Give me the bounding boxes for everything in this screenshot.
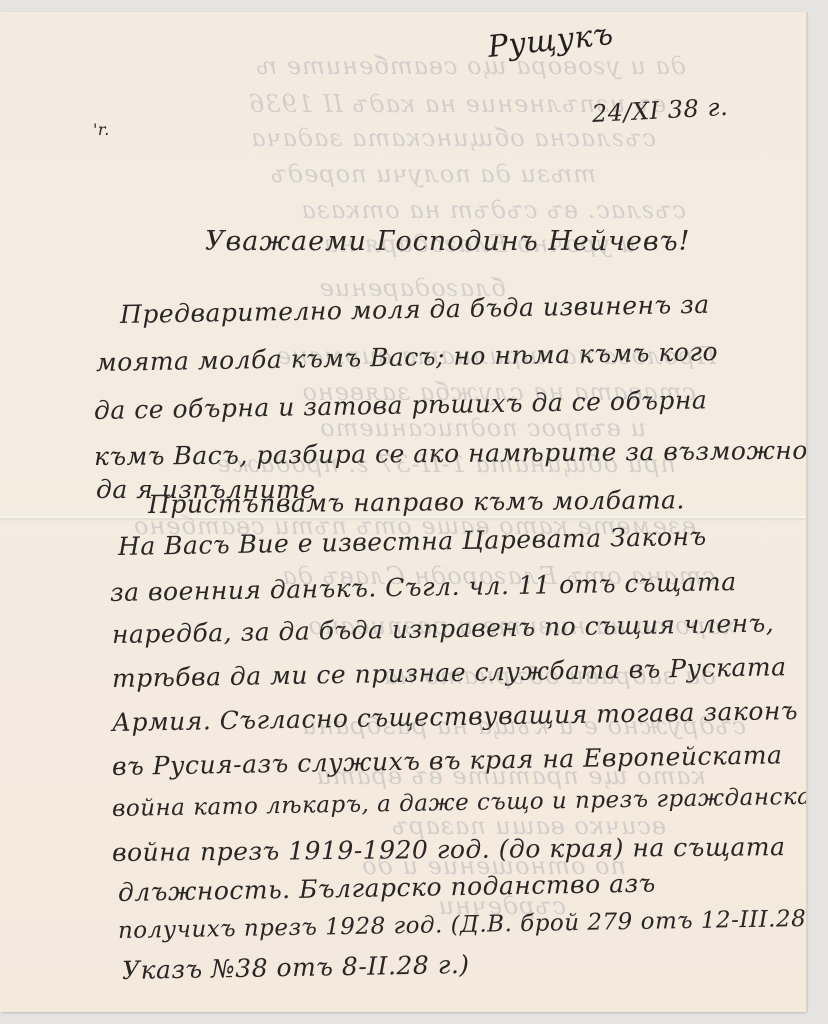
body-line-3: да се обърна и затова рѣшихъ да се обърн… [94, 385, 708, 425]
body-line-4: къмъ Васъ, разбира се ако намѣрите за въ… [94, 436, 806, 471]
body-line-10: трѣбва да ми се признае службата въ Руск… [112, 652, 787, 693]
body-line-2: моята молба къмъ Васъ; но нѣма къмъ кого [96, 337, 719, 377]
letter-page: да и уговора що сватбените ѣ въ изпълнен… [0, 12, 806, 1012]
letter-place: Рущукъ [486, 17, 615, 65]
paper-right-edge [806, 12, 808, 1012]
body-line-14: война презъ 1919-1920 год. (до края) на … [112, 832, 786, 867]
body-line-12: въ Русия-азъ служихъ въ края на Европейс… [112, 740, 783, 781]
body-line-7: На Васъ Вие е известна Царевата Законъ [118, 522, 707, 561]
margin-mark: 'r. [93, 120, 110, 139]
body-line-1: Предварително моля да бъда извиненъ за [120, 290, 710, 329]
body-line-16: получихъ презъ 1928 год. (Д.В. брой 279 … [118, 906, 806, 944]
body-line-6: Пристъпвамъ направо къмъ молбата. [148, 485, 685, 519]
body-line-9: наредба, за да бъда изправенъ по същия ч… [112, 608, 775, 649]
body-line-17: Указъ №38 отъ 8-II.28 г.) [122, 950, 470, 985]
letter-date: 24/XI 38 г. [591, 93, 729, 128]
letter-salutation: Уважаеми Господинъ Нейчевъ! [205, 226, 690, 257]
body-line-13: война като лѣкаръ, а даже също и презъ г… [112, 783, 806, 822]
body-line-15: длъжность. Българско поданство азъ [118, 869, 656, 907]
body-line-8: за военния данъкъ. Съгл. чл. 11 отъ съща… [110, 567, 737, 607]
body-line-11: Армия. Съгласно съществуващия тогава зак… [112, 696, 799, 737]
